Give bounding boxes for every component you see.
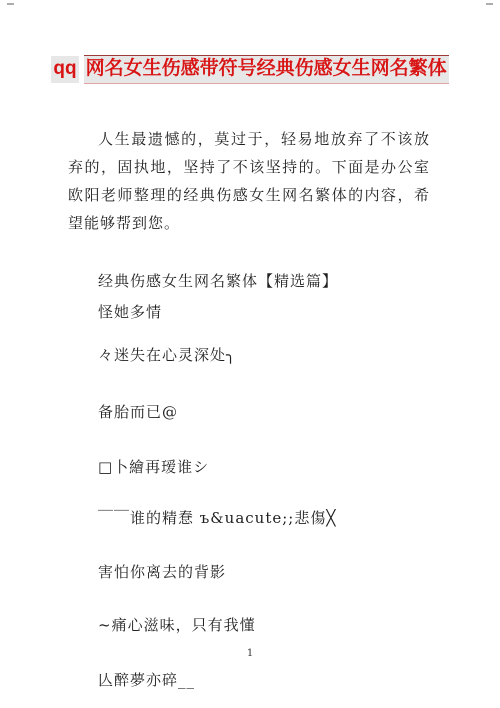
section-heading: 经典伤感女生网名繁体【精选篇】 <box>68 271 430 291</box>
nickname-item: 害怕你离去的背影 <box>68 562 430 582</box>
nickname-item: 亾醉夢亦碎__ <box>68 670 430 690</box>
page-corner-mark-right <box>486 3 493 5</box>
intro-paragraph: 人生最遗憾的，莫过于，轻易地放弃了不该放弃的，固执地，坚持了不该坚持的。下面是办… <box>68 125 430 237</box>
nickname-item: ￣￣谁的精惷 ъ&uacute;;悲傷╳ <box>68 508 430 528</box>
nickname-item: □卜繪再瑷谁シ <box>68 457 430 477</box>
nickname-item: 々迷失在心灵深处╮ <box>68 345 430 365</box>
page-number: 1 <box>0 648 500 659</box>
title-highlight-prefix: qq <box>51 56 78 83</box>
nickname-item: 怪她多情 <box>68 302 430 322</box>
nickname-item: ~痛心滋味，只有我懂 <box>68 615 430 635</box>
document-page: qq网名女生伤感带符号经典伤感女生网名繁体 人生最遗憾的，莫过于，轻易地放弃了不… <box>0 0 500 708</box>
page-corner-mark-left <box>7 3 14 5</box>
title-highlight-main: 网名女生伤感带符号经典伤感女生网名繁体 <box>84 55 449 84</box>
nickname-item: 备胎而已@ <box>68 402 430 422</box>
nickname-list: 怪她多情 々迷失在心灵深处╮ 备胎而已@ □卜繪再瑷谁シ ￣￣谁的精惷 ъ&ua… <box>68 302 430 690</box>
document-title: qq网名女生伤感带符号经典伤感女生网名繁体 <box>0 55 500 84</box>
